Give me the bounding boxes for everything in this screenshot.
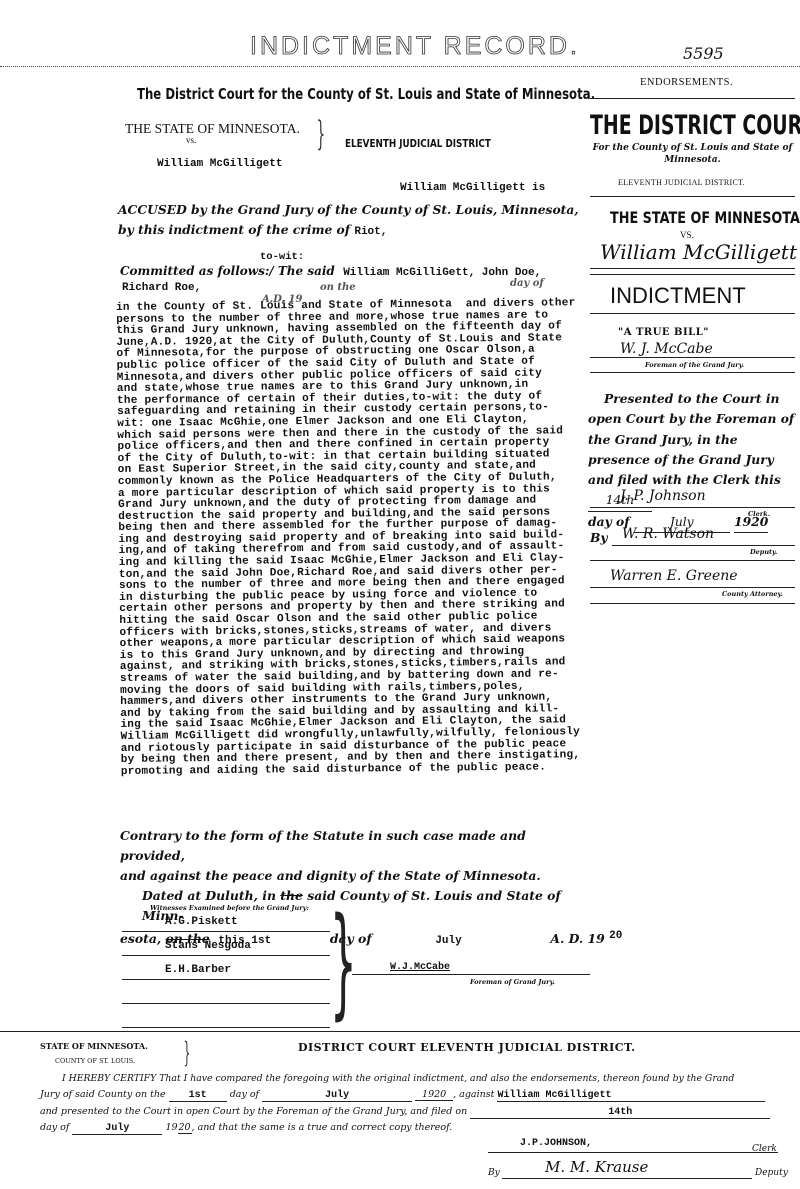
presented-label: Presented to the Court in open Court by …	[588, 391, 794, 487]
divider	[590, 560, 795, 561]
cert-defendant: William McGilligett	[497, 1090, 765, 1102]
deputy-signature: W. R. Watson	[622, 526, 714, 542]
crime: Riot,	[354, 226, 387, 238]
attorney-signature: Warren E. Greene	[610, 568, 738, 584]
signature-line	[590, 587, 795, 588]
cert-deputy-signature: M. M. Krause	[545, 1158, 648, 1176]
ad-label: A. D. 19	[550, 931, 604, 946]
brace-icon: }	[316, 114, 325, 154]
cert-by-label: By	[488, 1168, 500, 1178]
indictment-body: in the County of St. Louis and State of …	[116, 298, 596, 778]
dated-year: 20	[609, 930, 622, 942]
nineteen: 19	[165, 1122, 177, 1133]
day-of-2: day of	[40, 1122, 69, 1133]
true-bill-label: "A TRUE BILL"	[618, 327, 709, 338]
cert-line-4: day of July 1920, and that the same is a…	[40, 1122, 452, 1135]
on-the-label: on the	[320, 282, 356, 293]
accused-names-2: Richard Roe,	[122, 282, 201, 294]
cert-county: COUNTY OF ST. LOUIS.	[55, 1057, 135, 1065]
witness-line	[122, 1003, 330, 1004]
signature-line	[502, 1178, 752, 1179]
district-label: ELEVENTH JUDICIAL DISTRICT	[345, 137, 491, 150]
defendant-name: William McGilligett	[157, 158, 282, 170]
vs-right: VS.	[680, 230, 694, 240]
found-month: July	[262, 1090, 412, 1102]
contrary-line-2: and against the peace and dignity of the…	[120, 866, 590, 886]
witness-name: Stans Nesgoda	[165, 940, 251, 952]
divider	[590, 196, 795, 197]
witness-line	[122, 931, 330, 932]
vs-label: vs.	[186, 135, 196, 145]
signature-line	[590, 507, 795, 508]
record-title: INDICTMENT RECORD.	[250, 32, 580, 61]
cert-state: STATE OF MINNESOTA.	[40, 1041, 148, 1051]
day-of-label: day of	[510, 278, 544, 289]
struck-word: the	[280, 888, 303, 903]
true-copy-text: , and that the same is a true and correc…	[192, 1122, 453, 1133]
foreman-signature: W. J. McCabe	[620, 341, 713, 357]
attorney-label: County Attorney.	[722, 590, 783, 598]
witness-name: A.G.Piskett	[165, 916, 238, 928]
district-court-subtitle: For the County of St. Louis and State of…	[590, 142, 795, 166]
court-header: The District Court for the County of St.…	[137, 85, 595, 103]
by-label: By	[590, 530, 608, 545]
witnesses-label: Witnesses Examined before the Grand Jury…	[150, 904, 309, 912]
divider	[590, 98, 795, 99]
committed-label: Committed as follows:/ The said	[120, 264, 335, 278]
cert-title: DISTRICT COURT ELEVENTH JUDICIAL DISTRIC…	[298, 1041, 636, 1054]
clerk-signature: J. P. Johnson	[620, 488, 706, 504]
accusation-text: ACCUSED by the Grand Jury of the County …	[118, 200, 583, 242]
filed-day: 14th	[470, 1107, 770, 1119]
defendant-is: William McGilligett is	[400, 182, 545, 194]
state-right: THE STATE OF MINNESOTA	[610, 208, 800, 227]
witness-line	[122, 979, 330, 980]
contrary-line-1: Contrary to the form of the Statute in s…	[120, 826, 590, 866]
cert-clerk-label: Clerk	[752, 1144, 777, 1154]
district-court-title: THE DISTRICT COURT,	[590, 110, 800, 141]
found-year: 1920	[415, 1089, 453, 1101]
certify-text: I HEREBY CERTIFY That I have compared th…	[40, 1073, 734, 1084]
state-caption: THE STATE OF MINNESOTA.	[125, 121, 300, 137]
cert-deputy-label: Deputy	[755, 1168, 788, 1178]
cert-line-2: Jury of said County on the 1st day of Ju…	[40, 1089, 765, 1102]
filed-month: July	[72, 1123, 162, 1135]
body-line: promoting and aiding the said disturbanc…	[121, 762, 596, 779]
against: , against	[453, 1089, 494, 1100]
signature-line	[488, 1152, 778, 1153]
witness-line	[122, 955, 330, 956]
divider	[590, 603, 795, 604]
defendant-signature: William McGilligett	[600, 240, 797, 264]
district-label-right: ELEVENTH JUDICIAL DISTRICT.	[618, 178, 745, 187]
witness-line	[122, 1027, 330, 1028]
dated-month: July	[435, 935, 461, 947]
esota: esota,	[120, 931, 161, 946]
signature-line	[590, 268, 795, 269]
signature-line	[590, 357, 795, 358]
dated-prefix: Dated at Duluth, in	[142, 888, 276, 903]
endorsements-title: ENDORSEMENTS.	[640, 77, 733, 88]
presented-text: and presented to the Court in open Court…	[40, 1106, 467, 1117]
brace-icon: }	[330, 903, 357, 1023]
divider	[590, 372, 795, 373]
cert-line-3: and presented to the Court in open Court…	[40, 1106, 770, 1119]
foreman-line	[352, 974, 590, 975]
day-of: day of	[230, 1089, 259, 1100]
to-wit: to-wit:	[260, 251, 304, 263]
cert-clerk-name: J.P.JOHNSON,	[520, 1138, 592, 1149]
indictment-label: INDICTMENT	[610, 283, 746, 309]
jury-on-the: Jury of said County on the	[40, 1089, 166, 1100]
found-day: 1st	[169, 1090, 227, 1102]
signature-line	[612, 545, 795, 546]
divider	[0, 66, 800, 67]
cert-line-1: I HEREBY CERTIFY That I have compared th…	[40, 1073, 734, 1084]
brace-icon: }	[183, 1036, 190, 1069]
foreman-title: Foreman of Grand Jury.	[470, 978, 555, 986]
divider	[590, 313, 795, 314]
committed-line: Committed as follows:/ The said William …	[120, 264, 541, 279]
deputy-label: Deputy.	[750, 548, 777, 556]
accused-label: ACCUSED by the Grand Jury of the County …	[118, 202, 579, 237]
witness-name: E.H.Barber	[165, 964, 231, 976]
clerk-label: Clerk.	[748, 510, 770, 518]
foreman-name: W.J.McCabe	[390, 962, 450, 973]
divider	[590, 274, 795, 275]
record-number: 5595	[683, 44, 724, 63]
foreman-label: Foreman of the Grand Jury.	[645, 361, 744, 369]
divider	[0, 1031, 800, 1032]
filed-year: 20	[178, 1122, 192, 1134]
